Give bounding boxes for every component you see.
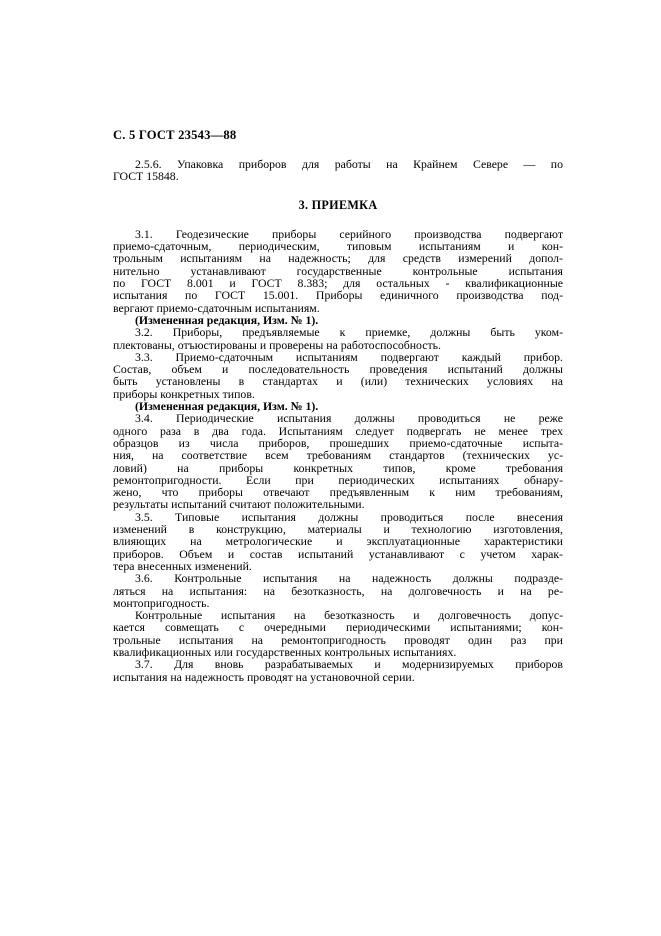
text-line: 3.7. Для вновь разрабатываемых и модерни… [113,658,563,670]
paragraph: 3.3. Приемо-сдаточным испытаниям подверг… [113,351,563,400]
page-body: 2.5.6. Упаковка приборов для работы на К… [113,158,563,683]
paragraph: 3.4. Периодические испытания должны пров… [113,412,563,510]
paragraph: 3.7. Для вновь разрабатываемых и модерни… [113,658,563,683]
paragraph: 3.6. Контрольные испытания на надежность… [113,572,563,609]
paragraph: Контрольные испытания на безотказность и… [113,609,563,658]
text-line: 3.4. Периодические испытания должны пров… [113,412,563,424]
text-line: результаты испытаний считают положительн… [113,498,563,510]
text-line: 3.6. Контрольные испытания на надежность… [113,572,563,584]
page-header: С. 5 ГОСТ 23543—88 [113,129,563,142]
paragraph: 3.5. Типовые испытания должны проводитьс… [113,511,563,572]
text-line: 3. ПРИЕМКА [113,199,563,211]
paragraph: 2.5.6. Упаковка приборов для работы на К… [113,158,563,183]
text-line: ГОСТ 15848. [113,170,563,182]
text-line: ловий) на приборы конкретных типов, кром… [113,462,563,474]
text-line: быть установлены в стандартах и (или) те… [113,375,563,387]
text-line: ляться на испытания: на безотказность, н… [113,585,563,597]
document-page: С. 5 ГОСТ 23543—88 2.5.6. Упаковка прибо… [0,0,661,936]
text-line: 2.5.6. Упаковка приборов для работы на К… [113,158,563,170]
text-line: испытания по ГОСТ 15.001. Приборы единич… [113,289,563,301]
paragraph: 3.1. Геодезические приборы серийного про… [113,228,563,314]
text-line: трольным испытаниям на надежность; для с… [113,252,563,264]
paragraph: 3.2. Приборы, предъявляемые к приемке, д… [113,326,563,351]
section-heading: 3. ПРИЕМКА [113,199,563,211]
text-line: влияющих на метрологические и эксплуатац… [113,535,563,547]
text-block: С. 5 ГОСТ 23543—88 2.5.6. Упаковка прибо… [113,129,563,683]
text-line: 3.2. Приборы, предъявляемые к приемке, д… [113,326,563,338]
text-line: ния, на соответствие всем требованиям ст… [113,449,563,461]
text-line: испытания на надежность проводят на уста… [113,671,563,683]
text-line: плектованы, отъюстированы и проверены на… [113,339,563,351]
text-line: кается совмещать с очередными периодичес… [113,621,563,633]
